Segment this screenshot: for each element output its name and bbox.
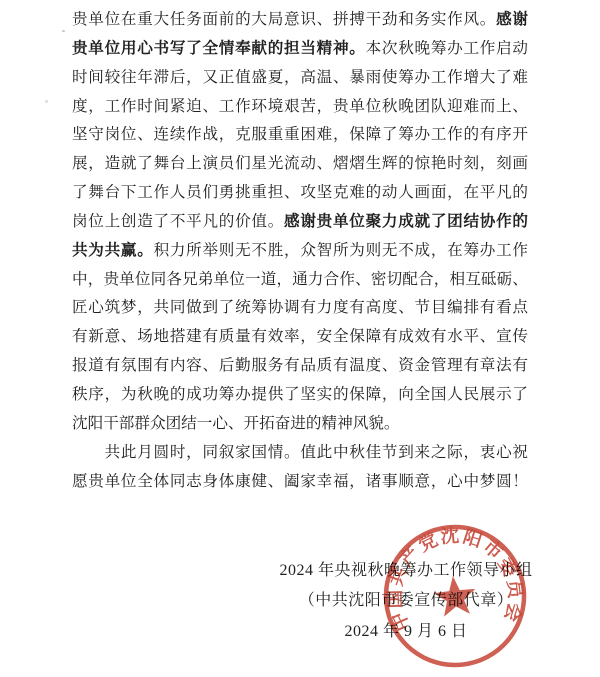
body-text-segment: 匠心筑梦，共同做到了统筹协调有力度有高度、节目编排有看点 <box>72 299 528 316</box>
body-line: 坚守岗位、连续作战，克服重重困难，保障了筹办工作的有序开 <box>72 121 528 150</box>
body-line: 秩序，为秋晚的成功筹办提供了坚实的保障，向全国人民展示了 <box>72 381 528 410</box>
body-line: 匠心筑梦，共同做到了统筹协调有力度有高度、节目编排有看点 <box>72 294 528 323</box>
body-line: 报道有氛围有内容、后勤服务有品质有温度、资金管理有章法有 <box>72 352 528 381</box>
body-text-segment: 岗位上创造了不平凡的价值。 <box>72 213 284 230</box>
body-text-segment: 共此月圆时，同叙家国情。值此中秋佳节到来之际，衷心祝 <box>72 444 528 461</box>
emphasis-text: 共为共赢。 <box>72 242 154 259</box>
body-text-segment: 展，造就了舞台上演员们星光流动、熠熠生辉的惊艳时刻，刻画 <box>72 155 528 172</box>
body-text-segment: 度，工作时间紧迫、工作环境艰苦，贵单位秋晚团队迎难而上、 <box>72 98 528 115</box>
body-text-segment: 贵单位在重大任务面前的大局意识、拼搏干劲和务实作风。 <box>72 11 496 28</box>
body-line: 共为共赢。积力所举则无不胜，众智所为则无不成，在筹办工作 <box>72 237 528 266</box>
body-line: 中，贵单位同各兄弟单位一道，通力合作、密切配合，相互砥砺、 <box>72 266 528 295</box>
letter-page: 贵单位在重大任务面前的大局意识、拼搏干劲和务实作风。感谢贵单位用心书写了全情奉献… <box>0 0 600 677</box>
emphasis-text: 贵单位用心书写了全情奉献的担当精神。 <box>72 40 366 57</box>
signer-line: 2024 年央视秋晚筹办工作领导小组 <box>250 556 562 586</box>
body-text-segment: 报道有氛围有内容、后勤服务有品质有温度、资金管理有章法有 <box>72 357 528 374</box>
on-behalf-line: （中共沈阳市委宣传部代章） <box>250 586 562 616</box>
body-line: 时间较往年滞后，又正值盛夏，高温、暴雨使筹办工作增大了难 <box>72 64 528 93</box>
body-text-segment: 秩序，为秋晚的成功筹办提供了坚实的保障，向全国人民展示了 <box>72 386 528 403</box>
body-text-segment: 愿贵单位全体同志身体康健、阖家幸福，诸事顺意，心中梦圆！ <box>72 473 528 490</box>
body-text-segment: 中，贵单位同各兄弟单位一道，通力合作、密切配合，相互砥砺、 <box>72 271 528 288</box>
body-line: 贵单位用心书写了全情奉献的担当精神。本次秋晚筹办工作启动 <box>72 35 528 64</box>
scan-speck <box>62 30 65 32</box>
body-line: 沈阳干部群众团结一心、开拓奋进的精神风貌。 <box>72 410 528 439</box>
body-text-segment: 有新意、场地搭建有质量有效率，安全保障有成效有水平、宣传 <box>72 328 528 345</box>
body-text-segment: 坚守岗位、连续作战，克服重重困难，保障了筹办工作的有序开 <box>72 126 528 143</box>
body-text-segment: 本次秋晚筹办工作启动 <box>366 40 528 57</box>
body-line: 度，工作时间紧迫、工作环境艰苦，贵单位秋晚团队迎难而上、 <box>72 93 528 122</box>
body-line: 展，造就了舞台上演员们星光流动、熠熠生辉的惊艳时刻，刻画 <box>72 150 528 179</box>
emphasis-text: 感谢贵单位聚力成就了团结协作的 <box>284 213 528 230</box>
body-line: 了舞台下工作人员们勇挑重担、攻坚克难的动人画面，在平凡的 <box>72 179 528 208</box>
body-text: 贵单位在重大任务面前的大局意识、拼搏干劲和务实作风。感谢贵单位用心书写了全情奉献… <box>72 6 528 496</box>
body-line: 贵单位在重大任务面前的大局意识、拼搏干劲和务实作风。感谢 <box>72 6 528 35</box>
body-text-segment: 时间较往年滞后，又正值盛夏，高温、暴雨使筹办工作增大了难 <box>72 69 528 86</box>
body-line: 有新意、场地搭建有质量有效率，安全保障有成效有水平、宣传 <box>72 323 528 352</box>
scan-speck <box>45 100 48 103</box>
body-text-segment: 沈阳干部群众团结一心、开拓奋进的精神风貌。 <box>72 415 399 432</box>
body-text-segment: 了舞台下工作人员们勇挑重担、攻坚克难的动人画面，在平凡的 <box>72 184 528 201</box>
emphasis-text: 感谢 <box>496 11 528 28</box>
signature-block: 2024 年央视秋晚筹办工作领导小组 （中共沈阳市委宣传部代章） 2024 年 … <box>250 556 562 647</box>
body-line: 愿贵单位全体同志身体康健、阖家幸福，诸事顺意，心中梦圆！ <box>72 468 528 497</box>
body-text-segment: 积力所举则无不胜，众智所为则无不成，在筹办工作 <box>154 242 528 259</box>
date-line: 2024 年 9 月 6 日 <box>250 617 562 647</box>
body-line: 共此月圆时，同叙家国情。值此中秋佳节到来之际，衷心祝 <box>72 439 528 468</box>
body-line: 岗位上创造了不平凡的价值。感谢贵单位聚力成就了团结协作的 <box>72 208 528 237</box>
